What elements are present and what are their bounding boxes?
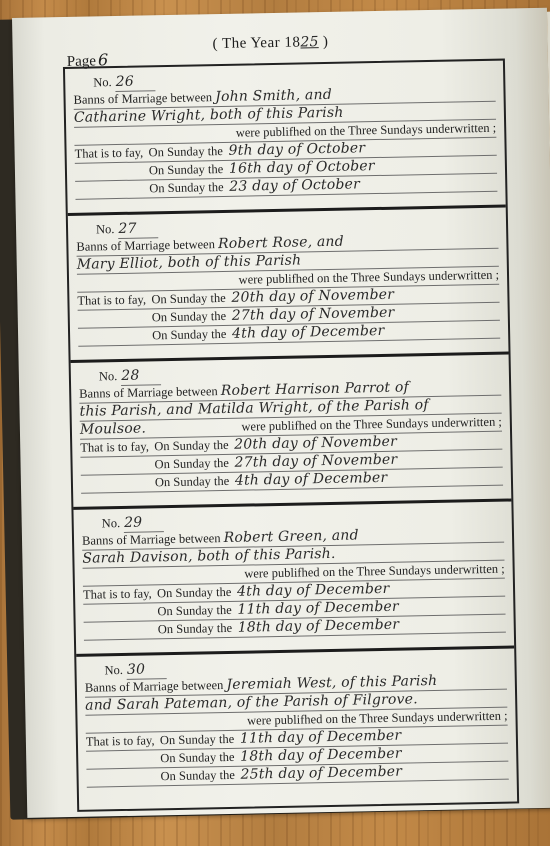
sunday-date: 4th day of December bbox=[237, 581, 390, 600]
entry-number: 29 bbox=[124, 514, 164, 533]
no-label: No. bbox=[93, 75, 112, 89]
sunday-date: 4th day of December bbox=[235, 470, 388, 489]
entry-number: 28 bbox=[121, 367, 161, 386]
sunday-date: 23 day of October bbox=[229, 176, 360, 195]
names-text: Robert Green, and bbox=[223, 527, 358, 546]
sunday-date: 16th day of October bbox=[229, 158, 375, 177]
that-is-to-say-label: That is to fay, bbox=[77, 291, 151, 309]
banns-label: Banns of Marriage between bbox=[85, 678, 224, 695]
banns-entry: No.30 Banns of Marriage between Jeremiah… bbox=[76, 648, 517, 801]
sunday-date: 27th day of November bbox=[232, 305, 395, 324]
no-label: No. bbox=[96, 222, 115, 236]
names-text: Robert Harrison Parrot of bbox=[221, 379, 409, 399]
on-sunday-label: On Sunday the bbox=[160, 767, 240, 786]
on-sunday-label: On Sunday the bbox=[158, 620, 238, 639]
year-close: ) bbox=[318, 34, 328, 50]
sunday-date: 4th day of December bbox=[232, 323, 385, 342]
on-sunday-label: On Sunday the bbox=[160, 749, 240, 768]
names-text: Jeremiah West, of this Parish bbox=[226, 673, 437, 693]
register-page: Page6 ( The Year 1825 ) No.26 Banns of M… bbox=[12, 8, 550, 818]
that-is-to-say-label: That is to fay, bbox=[80, 438, 154, 456]
on-sunday-label: On Sunday the bbox=[154, 455, 234, 474]
year-prefix: ( The Year 18 bbox=[212, 34, 300, 52]
banns-entry: No.27 Banns of Marriage between Robert R… bbox=[68, 208, 509, 363]
banns-label: Banns of Marriage between bbox=[73, 90, 212, 107]
names-text: Moulsoe. bbox=[80, 421, 147, 438]
on-sunday-label: On Sunday the bbox=[154, 437, 234, 456]
on-sunday-label: On Sunday the bbox=[151, 290, 231, 309]
banns-label: Banns of Marriage between bbox=[82, 531, 221, 548]
on-sunday-label: On Sunday the bbox=[152, 308, 232, 327]
that-is-to-say-label: That is to fay, bbox=[74, 144, 148, 162]
sunday-date: 27th day of November bbox=[234, 452, 397, 471]
sunday-date: 20th day of November bbox=[231, 287, 394, 306]
banns-label: Banns of Marriage between bbox=[79, 384, 218, 401]
on-sunday-label: On Sunday the bbox=[149, 179, 229, 198]
entry-number: 26 bbox=[116, 73, 156, 92]
on-sunday-label: On Sunday the bbox=[160, 731, 240, 750]
no-label: No. bbox=[104, 663, 123, 677]
sunday-date: 9th day of October bbox=[228, 140, 365, 159]
no-label: No. bbox=[99, 369, 118, 383]
sunday-date: 11th day of December bbox=[237, 599, 399, 618]
no-label: No. bbox=[102, 516, 121, 530]
sunday-date: 11th day of December bbox=[240, 728, 402, 747]
sunday-date: 18th day of December bbox=[238, 617, 400, 636]
on-sunday-label: On Sunday the bbox=[155, 473, 235, 492]
entries-frame: No.26 Banns of Marriage between John Smi… bbox=[63, 59, 519, 812]
entry-number: 30 bbox=[127, 661, 167, 680]
on-sunday-label: On Sunday the bbox=[149, 161, 229, 180]
on-sunday-label: On Sunday the bbox=[157, 584, 237, 603]
sunday-date: 20th day of November bbox=[234, 434, 397, 453]
banns-entry: No.28 Banns of Marriage between Robert H… bbox=[71, 355, 512, 510]
on-sunday-label: On Sunday the bbox=[148, 143, 228, 162]
entry-number: 27 bbox=[118, 220, 158, 239]
sunday-date: 25th day of December bbox=[240, 764, 402, 783]
banns-entry: No.29 Banns of Marriage between Robert G… bbox=[73, 502, 514, 657]
names-text: John Smith, and bbox=[215, 87, 332, 105]
names-text: Mary Elliot, both of this Parish bbox=[77, 252, 302, 272]
banns-label: Banns of Marriage between bbox=[76, 237, 215, 254]
that-is-to-say-label: That is to fay, bbox=[86, 732, 160, 750]
sunday-date: 18th day of December bbox=[240, 746, 402, 765]
banns-entry: No.26 Banns of Marriage between John Smi… bbox=[65, 61, 506, 216]
on-sunday-label: On Sunday the bbox=[157, 602, 237, 621]
year-handwritten: 25 bbox=[300, 34, 319, 50]
that-is-to-say-label: That is to fay, bbox=[83, 585, 157, 603]
year-heading: ( The Year 1825 ) bbox=[212, 34, 328, 53]
on-sunday-label: On Sunday the bbox=[152, 326, 232, 345]
names-text: Robert Rose, and bbox=[218, 234, 344, 252]
